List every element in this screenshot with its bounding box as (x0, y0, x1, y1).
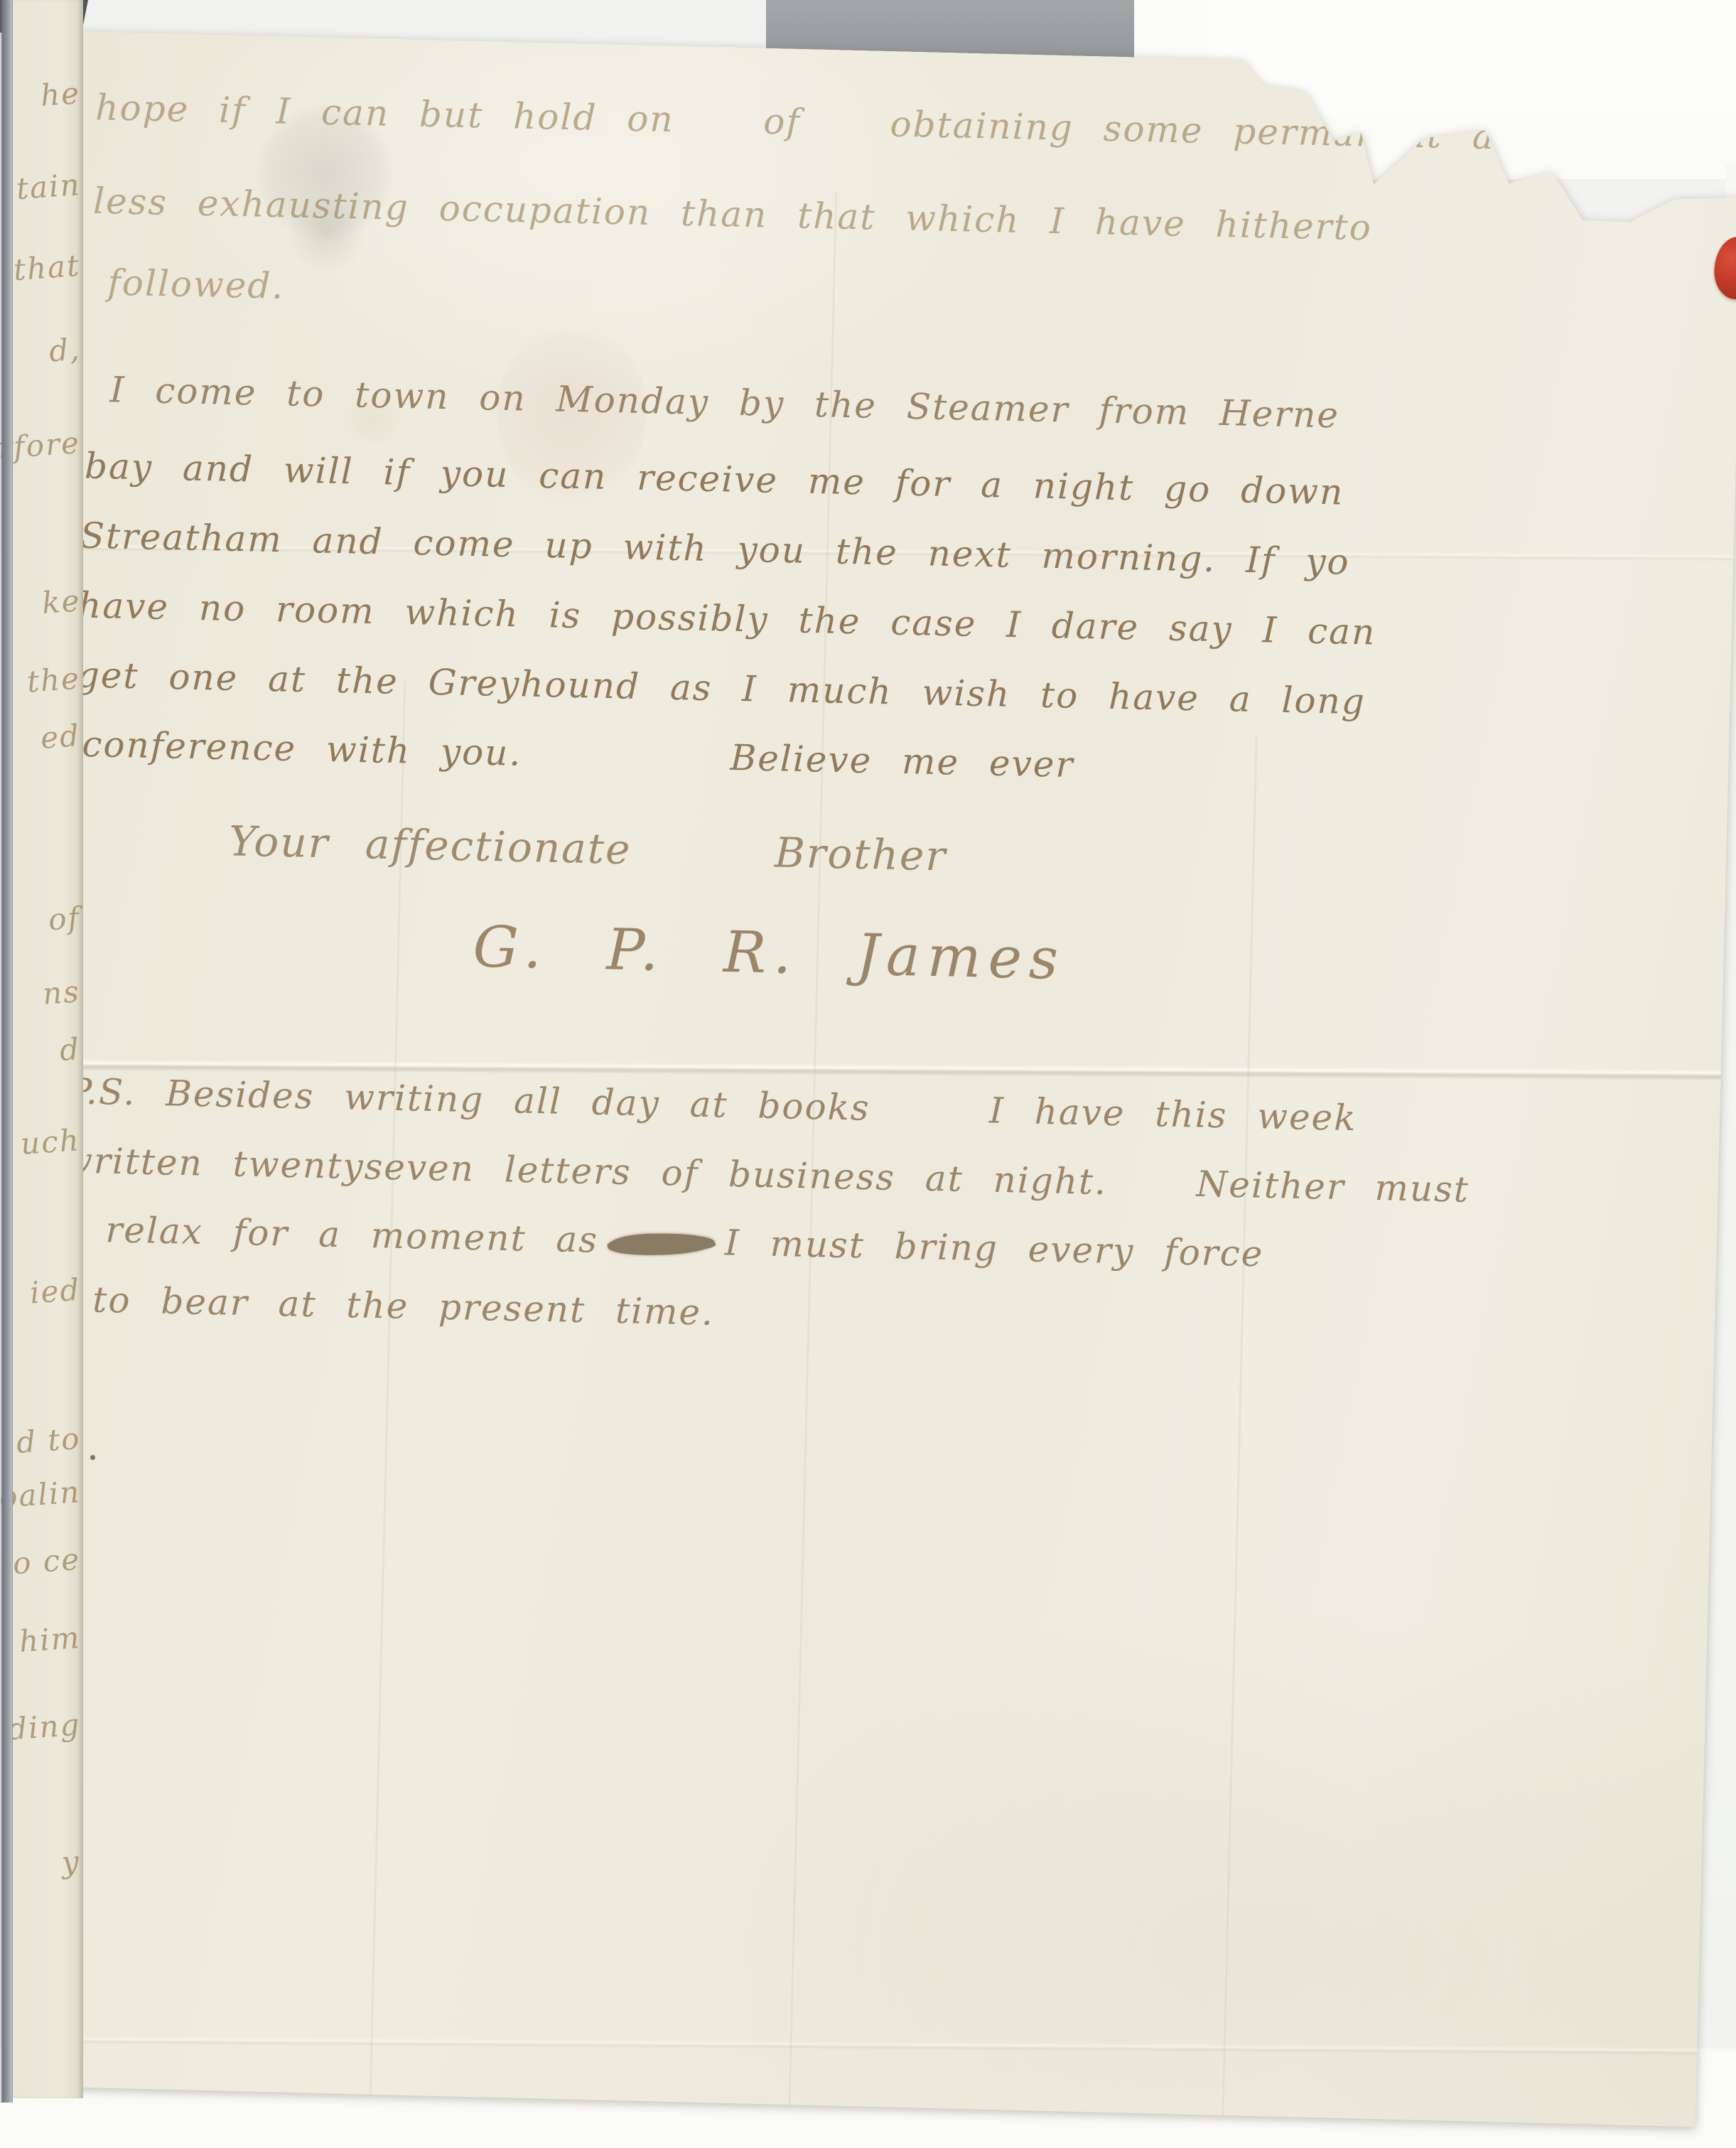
ps-line: P.S. Besides writing all day at books I … (68, 1070, 1357, 1139)
letter-line: have no room which is possibly the case … (78, 584, 1376, 653)
fold-crease-lower (29, 2035, 1711, 2056)
margin-fragment: y (61, 1844, 82, 1880)
margin-fragment: d, (48, 332, 82, 369)
letter-line: less exhausting occupation than that whi… (93, 180, 1373, 249)
margin-fragment: he (39, 75, 81, 113)
letter-page-wrap: hope if I can but hold on of obtaining s… (0, 0, 1736, 2148)
margin-fragment: the (26, 660, 82, 699)
wax-seal (1713, 236, 1736, 300)
signature: G. P. R. James (473, 913, 1066, 993)
ps-line: I relax for a moment asI must bring ever… (60, 1208, 1264, 1275)
margin-fragment: of (48, 900, 82, 937)
margin-fragment: o ce (11, 1542, 81, 1582)
letter-scan: hope if I can but hold on of obtaining s… (0, 0, 1736, 2148)
margin-fragment: ke (41, 583, 82, 621)
margin-fragment: tain (15, 167, 82, 206)
margin-fragment: d to (15, 1421, 82, 1460)
vertical-crease-left (369, 679, 406, 2095)
ps-line3-before: I relax for a moment as (60, 1208, 598, 1261)
scribbled-out-word (608, 1233, 715, 1255)
letter-line: followed. (107, 262, 285, 308)
margin-fragment: ied (28, 1272, 81, 1311)
ps-line: to bear at the present time. (92, 1279, 715, 1334)
ps-line: written twentyseven letters of business … (62, 1139, 1470, 1210)
letter-line: bay and will if you can receive me for a… (84, 444, 1344, 513)
letter-line: I come to town on Monday by the Steamer … (109, 368, 1340, 436)
letter-line: conference with you. Believe me ever (82, 723, 1074, 786)
letter-line: get one at the Greyhound as I much wish … (76, 653, 1366, 723)
margin-fragment: him (18, 1620, 82, 1659)
margin-fragment: d (58, 1031, 81, 1068)
closing-line: Your affectionate Brother (228, 817, 947, 881)
letter-line: Streatham and come up with you the next … (80, 514, 1350, 583)
ps-line3-after: I must bring every force (724, 1222, 1264, 1274)
margin-fragment: ed (40, 718, 82, 756)
margin-fragment: ding (6, 1707, 81, 1746)
letter-line: hope if I can but hold on of obtaining s… (95, 86, 1520, 159)
letter-page: hope if I can but hold on of obtaining s… (29, 31, 1736, 2127)
ink-dot (90, 1455, 95, 1460)
margin-fragment: uch (20, 1122, 82, 1161)
margin-fragment: that (13, 248, 82, 287)
adjacent-page-sliver: he tain that d, rfore ke the ed of ns d … (12, 0, 83, 2098)
scanner-edge-strip (0, 0, 13, 2103)
vertical-crease-right (1222, 736, 1258, 2116)
margin-fragment: ns (42, 974, 82, 1011)
